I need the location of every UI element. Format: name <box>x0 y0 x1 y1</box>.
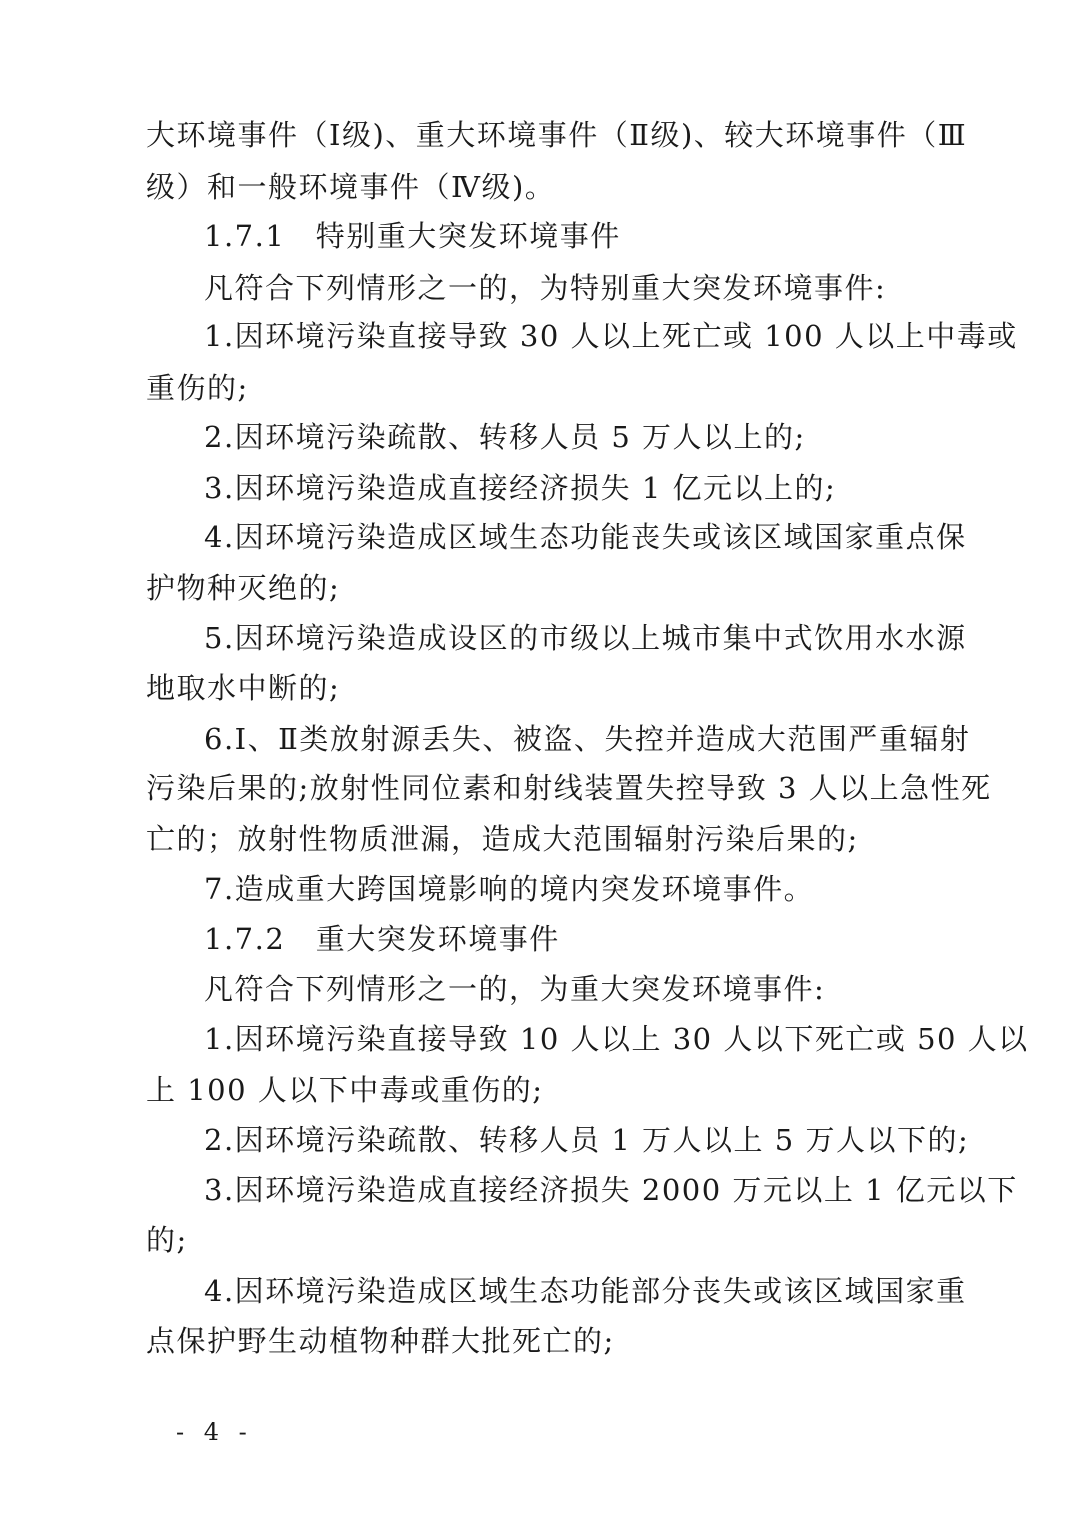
page-number: - 4 - <box>176 1412 253 1452</box>
list-item: 1.因环境污染直接导致 10 人以上 30 人以下死亡或 50 人以 <box>204 1013 1004 1065</box>
section-heading-1-7-1: 1.7.1 特别重大突发环境事件 <box>204 210 1004 262</box>
text-line: 地取水中断的; <box>146 662 946 714</box>
document-page: 大环境事件（Ⅰ级)、重大环境事件（Ⅱ级)、较大环境事件（Ⅲ 级）和一般环境事件（… <box>0 0 1074 1520</box>
list-item: 6.Ⅰ、Ⅱ类放射源丢失、被盗、失控并造成大范围严重辐射 <box>204 713 1004 765</box>
text-line: 凡符合下列情形之一的，为特别重大突发环境事件: <box>204 262 1004 314</box>
section-heading-1-7-2: 1.7.2 重大突发环境事件 <box>204 913 1004 965</box>
list-item: 2.因环境污染疏散、转移人员 1 万人以上 5 万人以下的; <box>204 1114 1004 1166</box>
text-line: 大环境事件（Ⅰ级)、重大环境事件（Ⅱ级)、较大环境事件（Ⅲ <box>146 109 946 161</box>
text-line: 级）和一般环境事件（Ⅳ级)。 <box>146 161 946 213</box>
text-line: 凡符合下列情形之一的，为重大突发环境事件: <box>204 963 1004 1015</box>
list-item: 1.因环境污染直接导致 30 人以上死亡或 100 人以上中毒或 <box>204 310 1004 362</box>
text-line: 重伤的; <box>146 362 946 414</box>
list-item: 4.因环境污染造成区域生态功能部分丧失或该区域国家重 <box>204 1265 1004 1317</box>
list-item: 2.因环境污染疏散、转移人员 5 万人以上的; <box>204 411 1004 463</box>
text-line: 的; <box>146 1214 946 1266</box>
text-line: 点保护野生动植物种群大批死亡的; <box>146 1315 946 1367</box>
list-item: 7.造成重大跨国境影响的境内突发环境事件。 <box>204 863 1004 915</box>
text-line: 护物种灭绝的; <box>146 562 946 614</box>
list-item: 4.因环境污染造成区域生态功能丧失或该区域国家重点保 <box>204 511 1004 563</box>
text-line: 上 100 人以下中毒或重伤的; <box>146 1064 946 1116</box>
list-item: 5.因环境污染造成设区的市级以上城市集中式饮用水水源 <box>204 612 1004 664</box>
list-item: 3.因环境污染造成直接经济损失 1 亿元以上的; <box>204 462 1004 514</box>
text-line: 污染后果的;放射性同位素和射线装置失控导致 3 人以上急性死 <box>146 762 946 814</box>
text-line: 亡的；放射性物质泄漏，造成大范围辐射污染后果的; <box>146 813 946 865</box>
list-item: 3.因环境污染造成直接经济损失 2000 万元以上 1 亿元以下 <box>204 1164 1004 1216</box>
